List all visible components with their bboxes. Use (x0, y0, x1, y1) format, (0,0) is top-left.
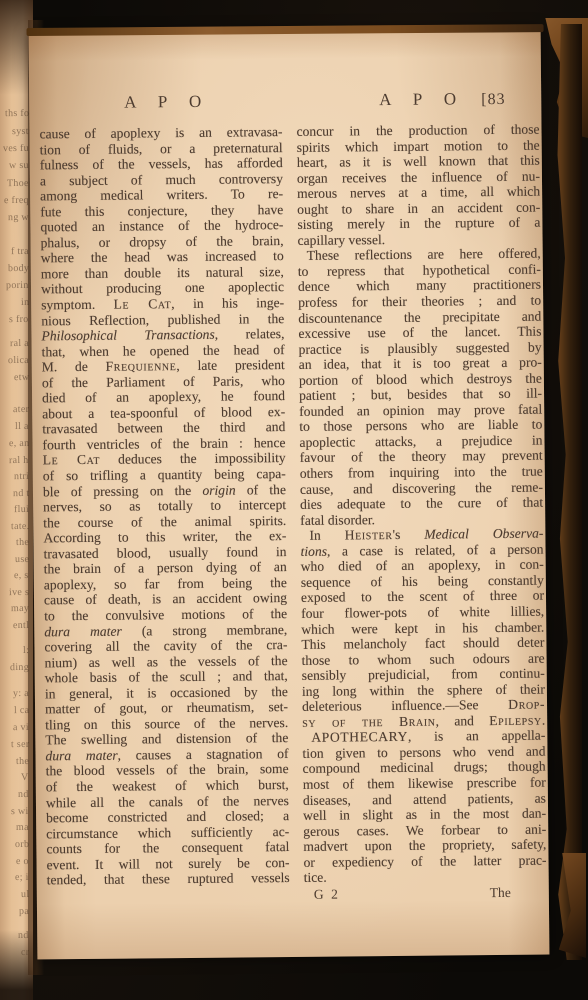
text-line: tended, that these ruptured vessels (47, 870, 290, 888)
signature-mark: G 2 (314, 886, 340, 902)
facing-page-text-fragment: e, an (9, 438, 29, 449)
facing-page-text-fragment: flui (14, 504, 29, 515)
facing-page-text-fragment: syst (12, 126, 29, 137)
catchword: The (490, 885, 511, 901)
column-left: cause of apoplexy is an extravasa-tion o… (39, 124, 289, 907)
signature-row: G 2The (304, 884, 547, 904)
running-title-left: A P O (124, 92, 210, 113)
facing-page-text-fragment: porin (6, 280, 29, 291)
facing-page-text-fragment: ng w (8, 212, 29, 223)
facing-page-text-fragment: etw (14, 372, 29, 383)
text-line: dies adequate to the cure of that (300, 495, 543, 513)
facing-page-text-fragment: f tra (11, 246, 29, 257)
running-head: A P O A P O [83 (29, 89, 541, 116)
facing-page-text-fragment: ater (13, 404, 29, 415)
facing-page-text-fragment: orb (15, 839, 29, 850)
leather-fore-edge (548, 24, 582, 960)
facing-page-text-fragment: ive s (9, 587, 29, 598)
facing-page-text-fragment: Thoe (7, 178, 29, 189)
facing-page-text-fragment: t ser (10, 739, 29, 750)
text-line: sisting merely in the rupture of a (297, 215, 540, 233)
facing-page-text-fragment: e; i (15, 872, 29, 883)
facing-page-text-fragment: e, s (14, 570, 29, 581)
photograph-of-book-page: { "document": { "kind": "printed encyclo… (0, 0, 588, 1000)
facing-page-text-fragment: s fro (9, 314, 29, 325)
facing-page-text-fragment: may (11, 603, 29, 614)
facing-page-text-fragment: tate. (11, 521, 30, 532)
text-columns: cause of apoplexy is an extravasa-tion o… (39, 122, 546, 908)
text-line: or expediency of the latter prac- (303, 852, 546, 870)
facing-page-text-fragment: s wi (11, 806, 29, 817)
facing-page-text-fragment: ths fo (5, 108, 29, 119)
facing-page-text-fragment: ral a (10, 338, 29, 349)
facing-page-text-fragment: use (15, 554, 29, 565)
column-right: concur in the production of thosespirits… (296, 122, 546, 905)
facing-page-text-fragment: ntri (14, 471, 29, 482)
facing-page-text-fragment: l ca (14, 705, 29, 716)
facing-page-text-fragment: ll a (15, 421, 29, 432)
book-page: A P O A P O [83 cause of apoplexy is an … (29, 29, 550, 960)
text-line: tice. (304, 868, 547, 886)
facing-page-text-fragment: entl (13, 620, 29, 631)
facing-page-text-fragment: ding (10, 662, 29, 673)
facing-page-text-fragment: ves fu (3, 143, 29, 154)
facing-page-text-fragment: a vi (13, 722, 29, 733)
facing-page-text-fragment: body (8, 263, 29, 274)
facing-page-text-fragment: olica (8, 355, 29, 366)
facing-page-text-fragment: y: a (13, 688, 29, 699)
running-title-right: A P O (379, 89, 465, 110)
facing-page-text-fragment: w su (9, 160, 29, 171)
facing-page-text-fragment: e freq (4, 195, 29, 206)
page-number: [83 (481, 91, 505, 109)
facing-page-text-fragment: ral h (9, 455, 29, 466)
facing-page-text-fragment: nd t (12, 488, 29, 499)
